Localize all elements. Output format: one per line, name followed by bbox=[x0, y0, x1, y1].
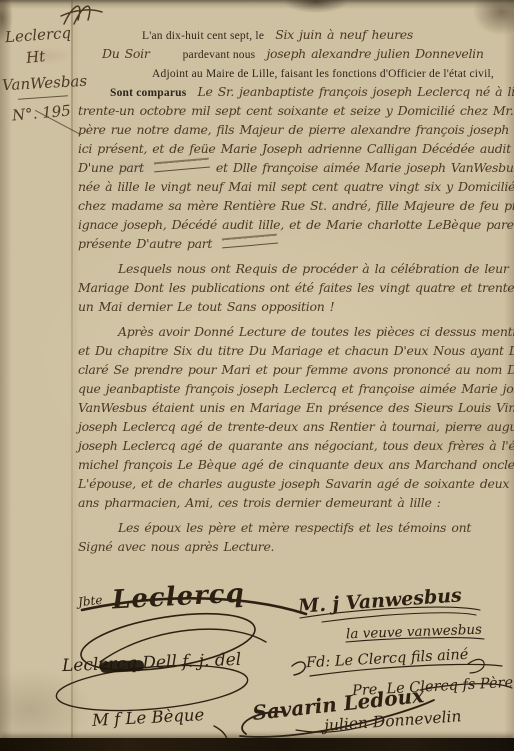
handwritten-text: un Mai dernier Le tout Sans opposition ! bbox=[78, 299, 334, 314]
act-line: que jeanbaptiste françois joseph Leclerc… bbox=[78, 378, 510, 397]
handwritten-text: trente-un octobre mil sept cent soixante… bbox=[78, 103, 514, 118]
printed-form-text: pardevant nous bbox=[183, 49, 256, 61]
signature-widow-vanwesbus: la veuve vanwesbus bbox=[346, 622, 482, 643]
handwritten-text: Du Soir bbox=[102, 46, 150, 61]
handwritten-text: Mariage Dont les publications ont été fa… bbox=[78, 280, 514, 295]
handwritten-text: père rue notre dame, fils Majeur de pier… bbox=[78, 122, 514, 137]
binding-crease bbox=[71, 0, 73, 740]
signature-bride: M. j Vanwesbus bbox=[297, 584, 462, 617]
handwritten-text: Le Sr. jeanbaptiste françois joseph Lecl… bbox=[198, 84, 514, 99]
handwritten-text: chez madame sa mère Rentière Rue St. and… bbox=[78, 198, 514, 213]
handwritten-text: et Du chapitre Six du titre Du Mariage e… bbox=[78, 343, 514, 358]
handwritten-text: présente D'autre part bbox=[78, 236, 212, 251]
margin-bride-name: VanWesbas bbox=[2, 72, 88, 94]
act-text: L'an dix-huit cent sept, le Six juin à n… bbox=[78, 24, 510, 555]
act-line: joseph Leclercq agé de trente-deux ans R… bbox=[78, 416, 510, 435]
signature-leclercq-fils-aine: Fd: Le Clercq fils ainé bbox=[306, 647, 469, 671]
handwritten-text: que jeanbaptiste françois joseph Leclerc… bbox=[78, 381, 514, 396]
act-line: Après avoir Donné Lecture de toutes les … bbox=[78, 321, 510, 340]
handwritten-text: joseph Leclercq agé de quarante ans négo… bbox=[78, 438, 514, 453]
act-line: Adjoint au Maire de Lille, faisant les f… bbox=[78, 62, 510, 81]
act-line: trente-un octobre mil sept cent soixante… bbox=[78, 100, 510, 119]
act-line: ignace joseph, Décédé audit lille, et de… bbox=[78, 214, 510, 233]
act-line: L'épouse, et de charles auguste joseph S… bbox=[78, 473, 510, 492]
margin-link-mark: Ht bbox=[25, 47, 46, 67]
handwritten-text: ans pharmacien, Ami, ces trois dernier d… bbox=[78, 495, 441, 510]
margin-underline bbox=[18, 95, 68, 99]
handwritten-text: L'épouse, et de charles auguste joseph S… bbox=[78, 476, 509, 491]
act-line: Signé avec nous après Lecture. bbox=[78, 536, 510, 555]
handwritten-text: née à lille le vingt neuf Mai mil sept c… bbox=[78, 179, 514, 194]
act-line: michel françois Le Bèque agé de cinquant… bbox=[78, 454, 510, 473]
photo-bottom-edge bbox=[0, 738, 514, 751]
handwritten-text: joseph alexandre julien Donnevelin bbox=[266, 46, 483, 61]
act-line: et Du chapitre Six du titre Du Mariage e… bbox=[78, 340, 510, 359]
signature-groom-prefix: Jbte bbox=[77, 593, 103, 609]
signature-father-groom: Leclercq Dell f. j. del bbox=[62, 650, 242, 676]
handwritten-text: ici présent, et de feüe Marie Joseph adr… bbox=[78, 141, 514, 156]
printed-form-text: Adjoint au Maire de Lille, faisant les f… bbox=[152, 68, 494, 80]
handwritten-text: Les époux les père et mère respectifs et… bbox=[118, 520, 471, 535]
handwritten-text: ignace joseph, Décédé audit lille, et de… bbox=[78, 217, 514, 232]
handwritten-text: D'une part bbox=[78, 160, 144, 175]
printed-form-text: L'an dix-huit cent sept, le bbox=[142, 30, 264, 42]
handwritten-text: Signé avec nous après Lecture. bbox=[78, 539, 274, 554]
printed-form-text: Sont comparus bbox=[110, 87, 186, 99]
act-line: un Mai dernier Le tout Sans opposition ! bbox=[78, 296, 510, 315]
act-line: ici présent, et de feüe Marie Joseph adr… bbox=[78, 138, 510, 157]
handwritten-text: joseph Leclercq agé de trente-deux ans R… bbox=[78, 419, 514, 434]
act-line: présente D'autre part bbox=[78, 233, 510, 252]
handwritten-text: Après avoir Donné Lecture de toutes les … bbox=[118, 324, 514, 339]
act-line: VanWesbus étaient unis en Mariage En pré… bbox=[78, 397, 510, 416]
act-line: Du Soir pardevant nous joseph alexandre … bbox=[78, 43, 510, 62]
act-line: père rue notre dame, fils Majeur de pier… bbox=[78, 119, 510, 138]
handwritten-text: Six juin à neuf heures bbox=[275, 27, 413, 42]
act-line: ans pharmacien, Ami, ces trois dernier d… bbox=[78, 492, 510, 511]
signature-lebeque: M f Le Bèque bbox=[92, 705, 205, 730]
act-line: D'une partet Dlle françoise aimée Marie … bbox=[78, 157, 510, 176]
act-line: Mariage Dont les publications ont été fa… bbox=[78, 277, 510, 296]
act-line: chez madame sa mère Rentière Rue St. and… bbox=[78, 195, 510, 214]
paraph-dash bbox=[153, 160, 209, 173]
ink-blot bbox=[100, 660, 145, 673]
paraph-dash bbox=[222, 236, 278, 249]
handwritten-text: VanWesbus étaient unis en Mariage En pré… bbox=[78, 400, 514, 415]
act-line: Sont comparus Le Sr. jeanbaptiste franço… bbox=[78, 81, 510, 100]
margin-groom-name: Leclercq bbox=[4, 24, 71, 47]
signature-groom: Leclercq bbox=[111, 579, 245, 616]
act-line: joseph Leclercq agé de quarante ans négo… bbox=[78, 435, 510, 454]
handwritten-text: claré Se prendre pour Mari et pour femme… bbox=[78, 362, 514, 377]
handwritten-text: Lesquels nous ont Requis de procéder à l… bbox=[118, 261, 509, 276]
paraph-flourish-icon bbox=[58, 0, 104, 26]
act-line: claré Se prendre pour Mari et pour femme… bbox=[78, 359, 510, 378]
manuscript-page: Leclercq Ht VanWesbas N°. 195 L'an dix-h… bbox=[0, 0, 514, 751]
act-line: Lesquels nous ont Requis de procéder à l… bbox=[78, 258, 510, 277]
handwritten-text: michel françois Le Bèque agé de cinquant… bbox=[78, 457, 514, 472]
handwritten-text: et Dlle françoise aimée Marie joseph Van… bbox=[216, 160, 514, 175]
act-line: L'an dix-huit cent sept, le Six juin à n… bbox=[78, 24, 510, 43]
act-line: née à lille le vingt neuf Mai mil sept c… bbox=[78, 176, 510, 195]
act-line: Les époux les père et mère respectifs et… bbox=[78, 517, 510, 536]
